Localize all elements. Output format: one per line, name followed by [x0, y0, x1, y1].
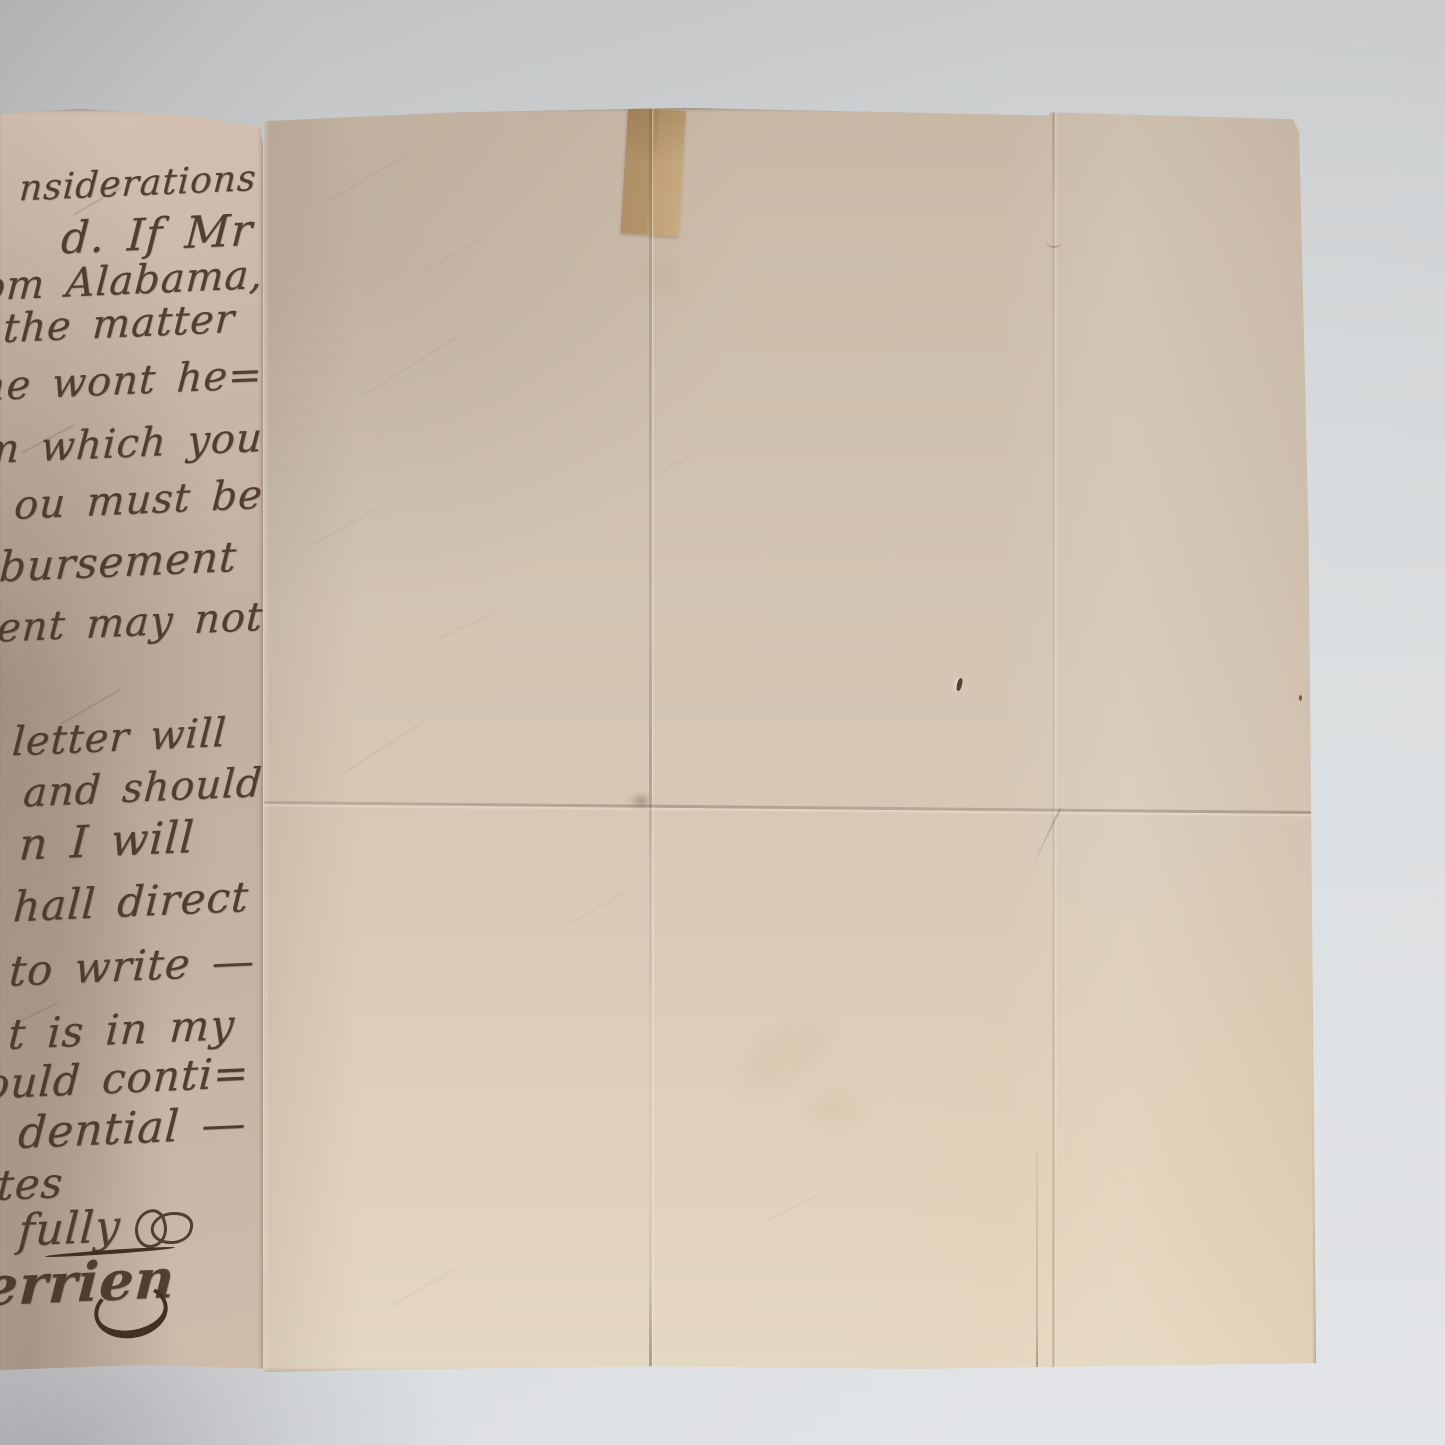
- paper-stain: [614, 236, 704, 316]
- letter-photo: nsiderations d. If Mr from Alabama, the …: [0, 0, 1445, 1445]
- fold-crease-vertical-left: [649, 106, 652, 1372]
- paper-hole: [956, 678, 964, 692]
- handwriting-line: ment may not: [0, 594, 263, 653]
- ink-showthrough-mark: [389, 1266, 459, 1308]
- handwriting-line: hall direct: [12, 872, 251, 931]
- ink-showthrough-mark: [342, 719, 427, 775]
- paper-stain: [682, 963, 887, 1148]
- ink-showthrough-mark: [568, 889, 630, 926]
- handwriting-line: dential —: [17, 1098, 249, 1159]
- ink-showthrough-mark: [436, 613, 491, 640]
- wrinkle: [1033, 809, 1061, 864]
- ink-showthrough-mark: [767, 1192, 821, 1222]
- fold-crinkle: [626, 790, 656, 812]
- handwriting-line: the matter: [2, 296, 237, 352]
- handwriting-line: letter will: [11, 710, 228, 766]
- tape-strip: [620, 107, 686, 236]
- fold-crease-horizontal: [264, 801, 1316, 814]
- handwriting-line: m which you: [0, 415, 263, 473]
- handwriting-line: tes: [0, 1158, 65, 1210]
- paper-stain: [784, 1071, 884, 1146]
- handwriting-line: ou must be: [13, 472, 263, 529]
- handwriting-line: bursement: [0, 532, 239, 592]
- fold-crease-vertical-right: [1052, 106, 1055, 1372]
- ink-showthrough-mark: [309, 506, 379, 548]
- ink-showthrough-mark: [362, 337, 456, 397]
- edge-dimple: [1046, 234, 1062, 248]
- handwriting-line: nsiderations: [18, 158, 258, 210]
- handwriting-line: k, he wont he=: [0, 352, 263, 413]
- ink-showthrough-mark: [418, 240, 481, 275]
- ink-showthrough-mark: [330, 154, 409, 201]
- ink-showthrough-mark: [646, 454, 691, 479]
- letter-front-page: nsiderations d. If Mr from Alabama, the …: [0, 108, 263, 1370]
- letter-back-page: [264, 106, 1316, 1372]
- handwriting-line: e, and should: [0, 760, 263, 819]
- handwriting-line: n I will: [18, 812, 197, 871]
- fold-crease-bottom-right: [1036, 1150, 1038, 1372]
- paper-speck: [1299, 695, 1302, 701]
- handwriting-line: to write —: [8, 936, 257, 996]
